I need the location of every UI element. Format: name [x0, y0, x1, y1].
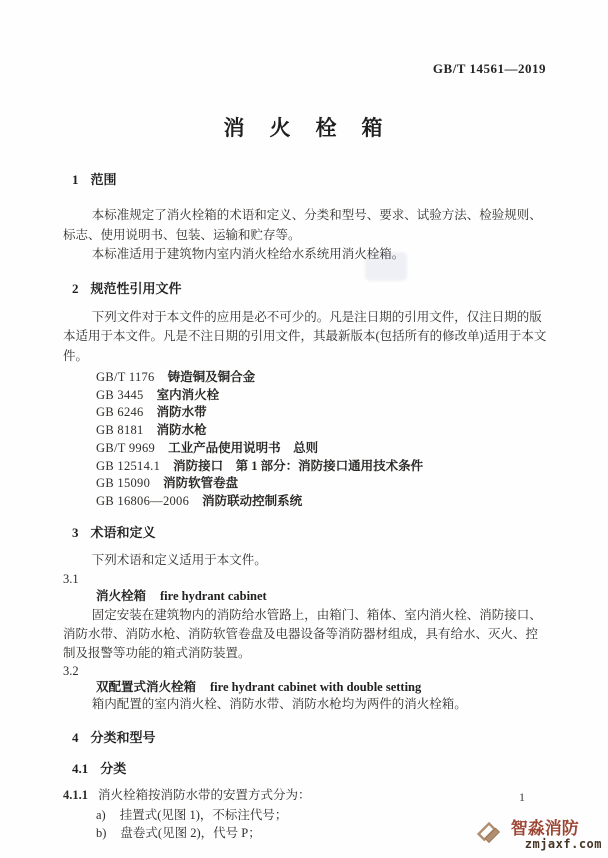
- clause-4-1-1-text: 消火栓箱按消防水带的安置方式分为：: [98, 788, 311, 802]
- reference-title: 室内消火栓: [157, 388, 220, 402]
- section-3-number: 3: [72, 525, 79, 540]
- section-4-number: 4: [72, 730, 79, 745]
- reference-item: GB 12514.1消防接口 第 1 部分：消防接口通用技术条件: [96, 458, 547, 476]
- section-4-title: 分类和型号: [91, 730, 156, 745]
- reference-item: GB 3445室内消火栓: [96, 387, 547, 405]
- term-3-1-english: fire hydrant cabinet: [160, 589, 267, 603]
- section-4-1-heading: 4.1分类: [63, 759, 547, 778]
- term-3-1-chinese: 消火栓箱: [96, 589, 146, 603]
- reference-title: 铸造铜及铜合金: [168, 370, 256, 384]
- term-3-1-line: 消火栓箱fire hydrant cabinet: [63, 588, 547, 606]
- normative-references-list: GB/T 1176铸造铜及铜合金 GB 3445室内消火栓 GB 6246消防水…: [63, 369, 547, 511]
- reference-code: GB 16806—2006: [96, 494, 189, 508]
- document-title: 消 火 栓 箱: [0, 112, 608, 142]
- list-item-b-text: 盘卷式(见图 2)，代号 P；: [120, 826, 260, 840]
- page-number: 1: [519, 790, 525, 805]
- section-3-heading: 3术语和定义: [63, 523, 547, 542]
- term-3-1-number: 3.1: [63, 570, 547, 588]
- reference-code: GB/T 1176: [96, 370, 155, 384]
- reference-code: GB 3445: [96, 388, 144, 402]
- list-item-a-label: a): [96, 808, 106, 822]
- term-3-2-definition: 箱内配置的室内消火栓、消防水带、消防水枪均为两件的消火栓箱。: [63, 696, 547, 714]
- list-item-a-text: 挂置式(见图 1)，不标注代号；: [120, 808, 288, 822]
- section-1-heading: 1范围: [63, 170, 547, 189]
- watermark-brand-name: 智淼消防: [511, 820, 602, 838]
- reference-item: GB/T 1176铸造铜及铜合金: [96, 369, 547, 387]
- watermark-text: 智淼消防 zmjaxf.com: [511, 820, 602, 850]
- reference-code: GB 12514.1: [96, 459, 160, 473]
- section-2-heading: 2规范性引用文件: [63, 279, 547, 298]
- reference-title: 消防软管卷盘: [163, 476, 238, 490]
- reference-item: GB 8181消防水枪: [96, 422, 547, 440]
- section-3-title: 术语和定义: [91, 525, 156, 540]
- term-3-2-number: 3.2: [63, 663, 547, 679]
- reference-item: GB/T 9969工业产品使用说明书 总则: [96, 440, 547, 458]
- reference-title: 消防水枪: [157, 423, 207, 437]
- list-item-b-label: b): [96, 826, 106, 840]
- section-4-1-title: 分类: [100, 761, 126, 776]
- reference-code: GB/T 9969: [96, 441, 155, 455]
- section-4-heading: 4分类和型号: [63, 728, 547, 747]
- reference-title: 工业产品使用说明书 总则: [168, 441, 318, 455]
- reference-code: GB 15090: [96, 476, 150, 490]
- watermark-domain: zmjaxf.com: [525, 838, 602, 851]
- reference-code: GB 6246: [96, 405, 144, 419]
- document-page: GB/T 14561—2019 消 火 栓 箱 1范围 本标准规定了消火栓箱的术…: [0, 0, 608, 858]
- section-2-paragraph: 下列文件对于本文件的应用是必不可少的。凡是注日期的引用文件，仅注日期的版本适用于…: [63, 308, 547, 367]
- reference-code: GB 8181: [96, 423, 144, 437]
- reference-item: GB 6246消防水带: [96, 404, 547, 422]
- reference-title: 消防接口 第 1 部分：消防接口通用技术条件: [173, 459, 423, 473]
- section-3-intro: 下列术语和定义适用于本文件。: [63, 551, 547, 571]
- document-body: 1范围 本标准规定了消火栓箱的术语和定义、分类和型号、要求、试验方法、检验规则、…: [63, 170, 547, 842]
- reference-title: 消防水带: [157, 405, 207, 419]
- clause-4-1-1-number: 4.1.1: [63, 788, 88, 802]
- term-3-2-line: 双配置式消火栓箱fire hydrant cabinet with double…: [63, 679, 547, 697]
- clause-4-1-1: 4.1.1消火栓箱按消防水带的安置方式分为：: [63, 786, 547, 806]
- term-3-2-chinese: 双配置式消火栓箱: [96, 680, 196, 694]
- section-2-title: 规范性引用文件: [91, 281, 182, 296]
- zhimiao-logo-icon: [472, 816, 506, 855]
- term-3-2-english: fire hydrant cabinet with double setting: [210, 680, 421, 694]
- section-1-title: 范围: [91, 172, 117, 187]
- section-1-paragraph-2: 本标准适用于建筑物内室内消火栓给水系统用消火栓箱。: [63, 245, 547, 265]
- standard-number: GB/T 14561—2019: [433, 61, 546, 77]
- section-2-number: 2: [72, 281, 79, 296]
- section-4-1-number: 4.1: [72, 761, 88, 776]
- watermark-logo: 智淼消防 zmjaxf.com: [472, 816, 602, 855]
- term-3-1-definition: 固定安装在建筑物内的消防给水管路上，由箱门、箱体、室内消火栓、消防接口、消防水带…: [63, 606, 547, 663]
- reference-title: 消防联动控制系统: [202, 494, 302, 508]
- section-1-number: 1: [72, 172, 79, 187]
- section-1-paragraph-1: 本标准规定了消火栓箱的术语和定义、分类和型号、要求、试验方法、检验规则、标志、使…: [63, 206, 547, 245]
- reference-item: GB 16806—2006消防联动控制系统: [96, 493, 547, 511]
- reference-item: GB 15090消防软管卷盘: [96, 475, 547, 493]
